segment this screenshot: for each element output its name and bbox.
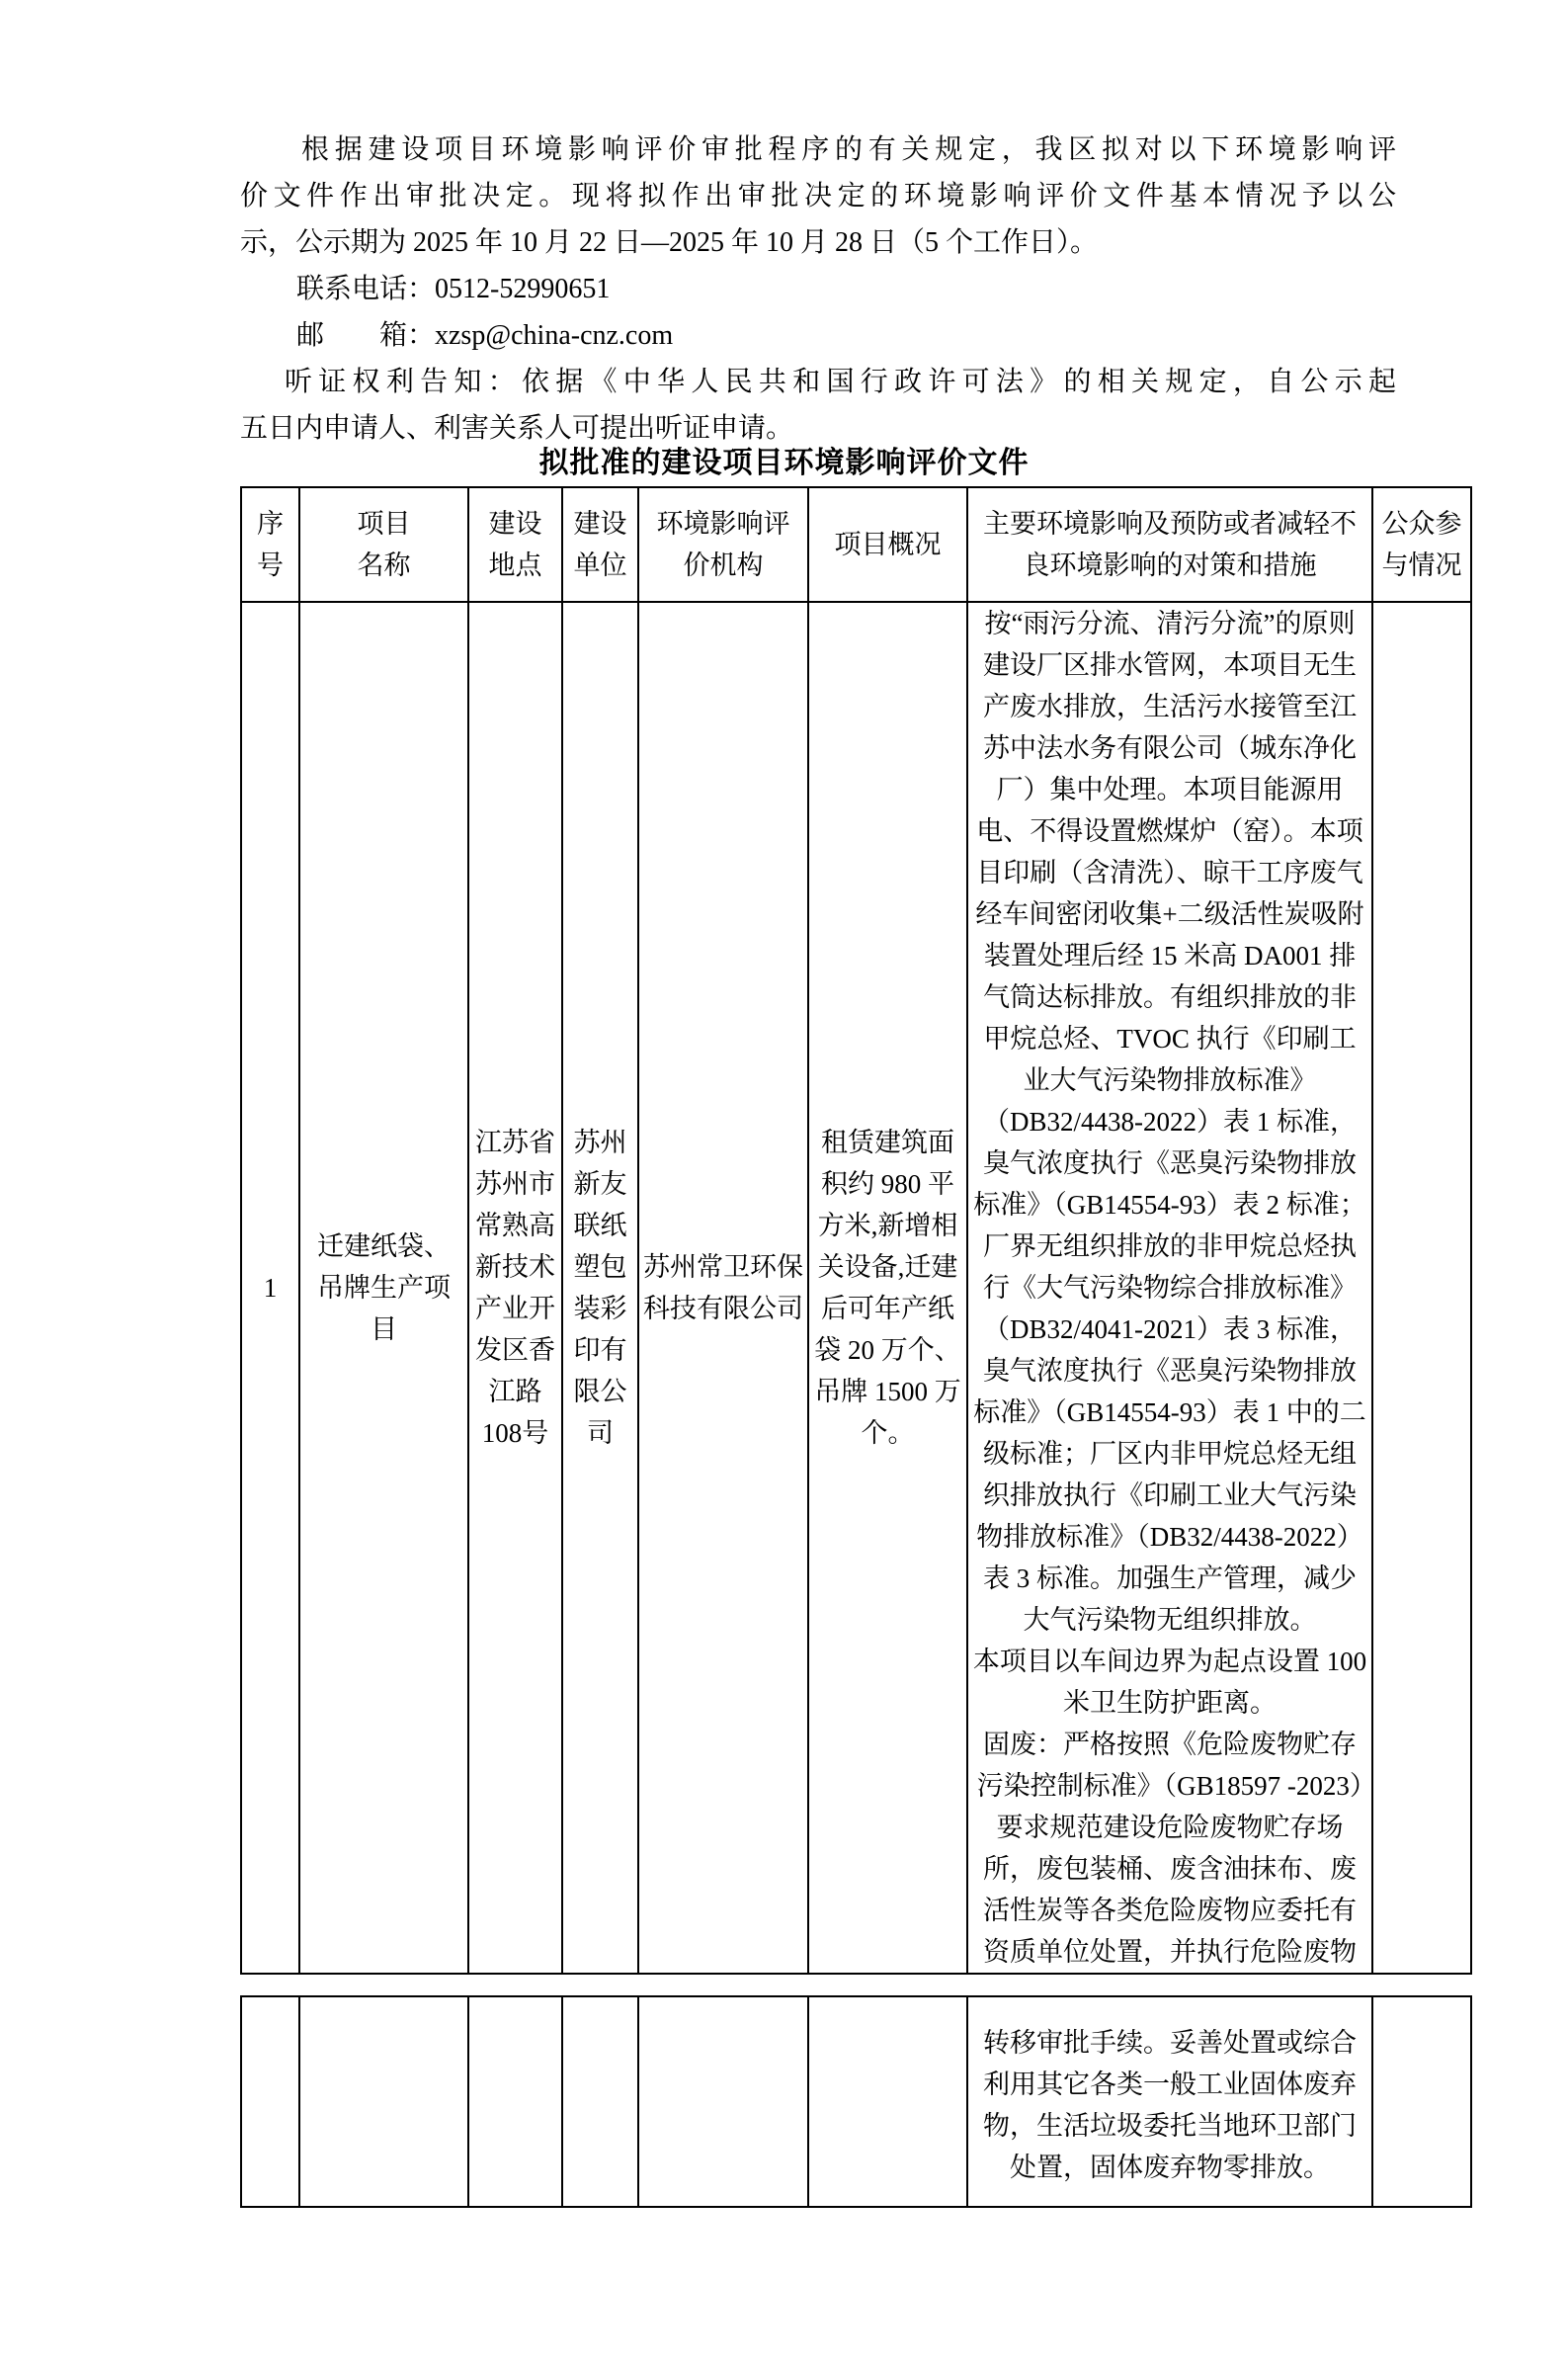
contact-email-line: 邮 箱：xzsp@china-cnz.com [240,312,1396,359]
cell-project-name: 迁建纸袋、吊牌生产项目 [299,602,468,1974]
measures-paragraph-1: 按“雨污分流、清污分流”的原则建设厂区排水管网，本项目无生产废水排放，生活污水接… [972,603,1367,1641]
approval-table-continued: 转移审批手续。妥善处置或综合利用其它各类一般工业固体废弃物，生活垃圾委托当地环卫… [240,1995,1472,2208]
measures-paragraph-2: 本项目以车间边界为起点设置 100 米卫生防护距离。 [972,1641,1367,1724]
intro-line-1: 根据建设项目环境影响评价审批程序的有关规定，我区拟对以下环境影响评 [240,127,1396,173]
header-project-name: 项目 名称 [299,487,468,602]
cont-cell-location [468,1996,562,2207]
cell-location: 江苏省苏州市常熟高新技术产业开发区香江路108号 [468,602,562,1974]
hearing-notice-line-1: 听证权利告知：依据《中华人民共和国行政许可法》的相关规定，自公示起 [240,359,1396,405]
cell-measures: 按“雨污分流、清污分流”的原则建设厂区排水管网，本项目无生产废水排放，生活污水接… [967,602,1372,1974]
cell-eia-agency: 苏州常卫环保科技有限公司 [638,602,808,1974]
intro-line-2: 价文件作出审批决定。现将拟作出审批决定的环境影响评价文件基本情况予以公 [240,173,1396,219]
header-measures: 主要环境影响及预防或者减轻不良环境影响的对策和措施 [967,487,1372,602]
cont-cell-index [241,1996,299,2207]
header-location: 建设 地点 [468,487,562,602]
intro-section: 根据建设项目环境影响评价审批程序的有关规定，我区拟对以下环境影响评 价文件作出审… [240,127,1396,452]
cell-overview: 租赁建筑面积约 980 平方米,新增相关设备,迁建后可年产纸袋 20 万个、吊牌… [808,602,967,1974]
cont-cell-overview [808,1996,967,2207]
table-header-row: 序号 项目 名称 建设 地点 建设 单位 环境影响评 价机构 项目概况 主要环境… [241,487,1471,602]
cont-cell-public-participation [1372,1996,1471,2207]
intro-line-3: 示，公示期为 2025 年 10 月 22 日—2025 年 10 月 28 日… [240,219,1396,266]
cont-cell-project-name [299,1996,468,2207]
header-eia-agency: 环境影响评 价机构 [638,487,808,602]
header-public-participation: 公众参 与情况 [1372,487,1471,602]
page: 根据建设项目环境影响评价审批程序的有关规定，我区拟对以下环境影响评 价文件作出审… [0,0,1568,2365]
cont-cell-builder [562,1996,638,2207]
approval-table: 序号 项目 名称 建设 地点 建设 单位 环境影响评 价机构 项目概况 主要环境… [240,486,1472,1975]
header-builder: 建设 单位 [562,487,638,602]
cont-cell-eia-agency [638,1996,808,2207]
cell-builder: 苏州新友联纸塑包装彩印有限公司 [562,602,638,1974]
contact-phone-line: 联系电话：0512-52990651 [240,266,1396,312]
cont-cell-measures: 转移审批手续。妥善处置或综合利用其它各类一般工业固体废弃物，生活垃圾委托当地环卫… [967,1996,1372,2207]
table-continuation-row: 转移审批手续。妥善处置或综合利用其它各类一般工业固体废弃物，生活垃圾委托当地环卫… [241,1996,1471,2207]
table-title: 拟批准的建设项目环境影响评价文件 [0,438,1568,481]
measures-paragraph-3: 固废：严格按照《危险废物贮存污染控制标准》（GB18597 -2023）要求规范… [972,1724,1367,1973]
cell-public-participation [1372,602,1471,1974]
header-overview: 项目概况 [808,487,967,602]
header-index: 序号 [241,487,299,602]
cell-index: 1 [241,602,299,1974]
table-row: 1 迁建纸袋、吊牌生产项目 江苏省苏州市常熟高新技术产业开发区香江路108号 苏… [241,602,1471,1974]
